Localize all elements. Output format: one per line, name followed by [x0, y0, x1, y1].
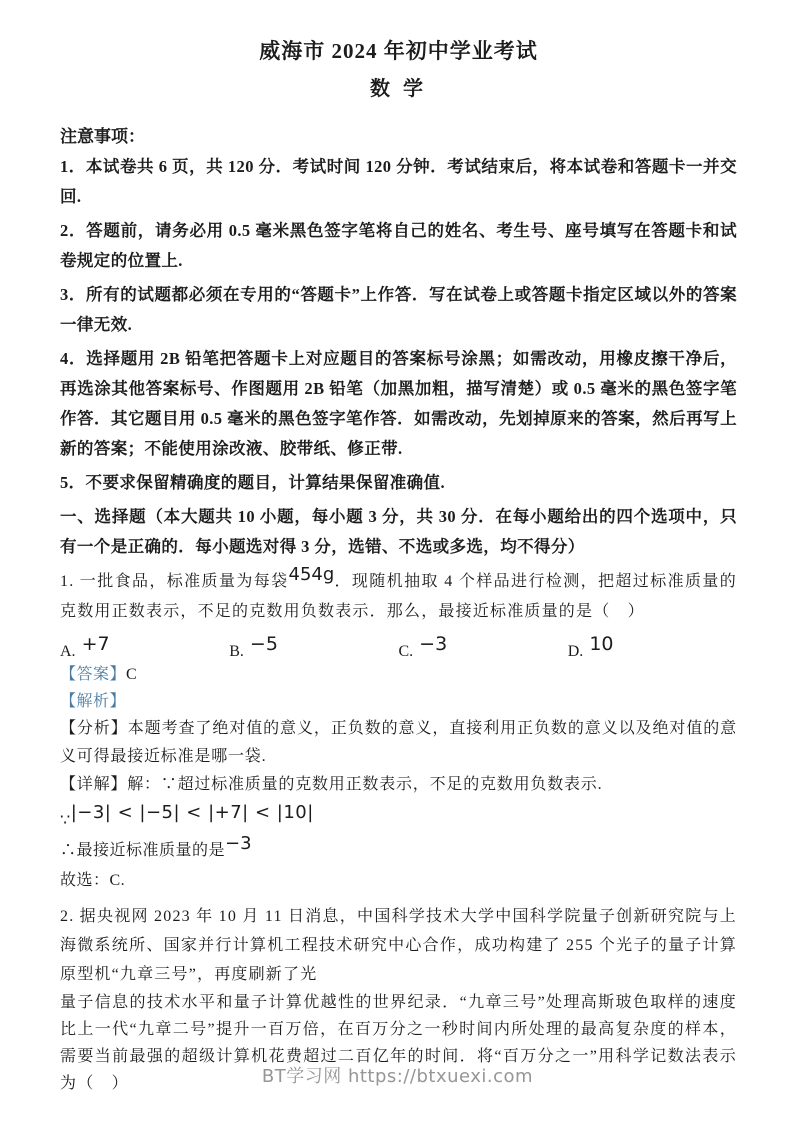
answer-value: C [126, 666, 137, 683]
option-a-label: A. [60, 643, 76, 660]
answer-label: 【答案】 [60, 666, 126, 683]
notice-item-4: 4．选择题用 2B 铅笔把答题卡上对应题目的答案标号涂黑；如需改动，用橡皮擦干净… [60, 344, 737, 464]
option-b-label: B. [229, 643, 244, 660]
because-symbol: ∵ [60, 812, 71, 829]
conclusion-formula-line: ∴最接近标准质量的是−3 [60, 833, 737, 867]
notice-item-3: 3．所有的试题都必须在专用的“答题卡”上作答．写在试卷上或答题卡指定区域以外的答… [60, 280, 737, 340]
footer-credit: BT学习网 https://btxuexi.com [0, 1062, 795, 1088]
option-b: B.−5 [229, 639, 398, 661]
exam-document-page: 威海市 2024 年初中学业考试 数 学 注意事项： 1．本试卷共 6 页，共 … [0, 0, 795, 1125]
option-b-value: −5 [250, 633, 278, 655]
notice-item-2: 2．答题前，请务必用 0.5 毫米黑色签字笔将自己的姓名、考生号、座号填写在答题… [60, 216, 737, 276]
notice-item-5: 5．不要求保留精确度的题目，计算结果保留准确值. [60, 468, 737, 498]
therefore-formula: −3 [225, 833, 252, 854]
section-1-heading: 一、选择题（本大题共 10 小题，每小题 3 分，共 30 分．在每小题给出的四… [60, 502, 737, 562]
analysis-heading: 【解析】 [60, 688, 737, 715]
therefore-text: ∴最接近标准质量的是 [60, 842, 225, 859]
option-c-label: C. [399, 643, 414, 660]
answer-line: 【答案】C [60, 661, 737, 688]
analysis-text: 【分析】本题考查了绝对值的意义，正负数的意义，直接利用正负数的意义以及绝对值的意… [60, 715, 737, 771]
compare-formula-line: ∵|−3| < |−5| < |+7| < |10| [60, 799, 737, 833]
option-d-value: 10 [589, 633, 613, 655]
option-c-value: −3 [419, 633, 447, 655]
exam-subject: 数 学 [60, 76, 737, 102]
option-a-value: +7 [82, 633, 110, 655]
option-d-label: D. [568, 643, 584, 660]
option-c: C.−3 [399, 639, 568, 661]
exam-title: 威海市 2024 年初中学业考试 [60, 38, 737, 64]
page-content: 威海市 2024 年初中学业考试 数 学 注意事项： 1．本试卷共 6 页，共 … [0, 0, 795, 1097]
detail-text: 【详解】解：∵超过标准质量的克数用正数表示，不足的克数用负数表示. [60, 771, 737, 799]
question-2-paragraph-1: 2. 据央视网 2023 年 10 月 11 日消息，中国科学技术大学中国科学院… [60, 902, 737, 989]
inline-formula-weight: 454g [289, 564, 335, 585]
question-1-options: A.+7 B.−5 C.−3 D.10 [60, 631, 737, 661]
question-1-stem-pre: 1. 一批食品，标准质量为每袋 [60, 573, 289, 590]
choose-line: 故选：C. [60, 867, 737, 894]
compare-formula: |−3| < |−5| < |+7| < |10| [71, 802, 314, 823]
option-a: A.+7 [60, 639, 229, 661]
question-1-stem: 1. 一批食品，标准质量为每袋454g．现随机抽取 4 个样品进行检测，把超过标… [60, 566, 737, 627]
notice-heading: 注意事项： [60, 122, 737, 152]
notice-item-1: 1．本试卷共 6 页，共 120 分．考试时间 120 分钟．考试结束后，将本试… [60, 152, 737, 212]
option-d: D.10 [568, 639, 737, 661]
